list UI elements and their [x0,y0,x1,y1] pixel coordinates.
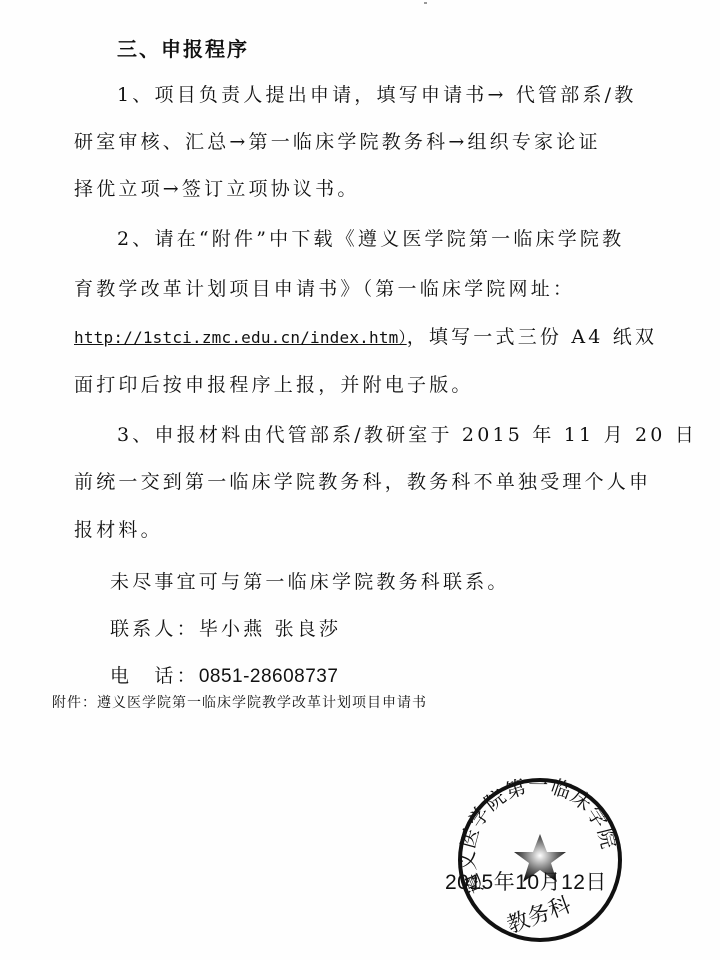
section-heading: 三、申报程序 [117,33,249,62]
item-2-line-4: 面打印后按申报程序上报，并附电子版。 [74,373,474,397]
item-1-line-1: 1、项目负责人提出申请，填写申请书→ 代管部系/教 [117,83,636,107]
closing-note: 未尽事宜可与第一临床学院教务科联系。 [110,570,510,594]
phone-row: 电 话：0851-28608737 [110,664,338,689]
item-2-line-3: http://1stci.zmc.edu.cn/index.htm），填写一式三… [74,325,657,350]
item-2-line-2: 育教学改革计划项目申请书》（第一临床学院网址： [74,277,575,301]
website-link[interactable]: http://1stci.zmc.edu.cn/index.htm） [74,328,407,347]
item-1-line-2: 研室审核、汇总→第一临床学院教务科→组织专家论证 [74,130,601,154]
document-page: 三、申报程序 1、项目负责人提出申请，填写申请书→ 代管部系/教 研室审核、汇总… [0,0,720,960]
seal-dept: 教务科 [504,893,575,939]
item-2-line-3-text: ，填写一式三份 A4 纸双 [407,326,658,348]
item-3-line-3: 报材料。 [74,518,163,542]
contact-label: 联系人： [110,618,199,640]
attachment-note: 附件：遵义医学院第一临床学院教学改革计划项目申请书 [52,692,427,712]
signature-date: 2015年10月12日 [445,866,607,896]
phone-number: 0851-28608737 [199,666,339,687]
item-2-line-1: 2、请在“附件”中下载《遵义医学院第一临床学院教 [117,227,624,251]
item-3-line-2: 前统一交到第一临床学院教务科，教务科不单独受理个人申 [74,470,651,494]
item-3-line-1: 3、申报材料由代管部系/教研室于 2015 年 11 月 20 日 [117,423,697,447]
item-1-line-3: 择优立项→签订立项协议书。 [74,177,360,201]
contact-names: 毕小燕 张良莎 [199,618,341,640]
phone-label: 电 话： [110,665,199,687]
contact-row: 联系人：毕小燕 张良莎 [110,617,341,641]
scan-speck [424,2,427,4]
official-seal-icon: 遵义医学院第一临床学院 教务科 [454,770,626,946]
